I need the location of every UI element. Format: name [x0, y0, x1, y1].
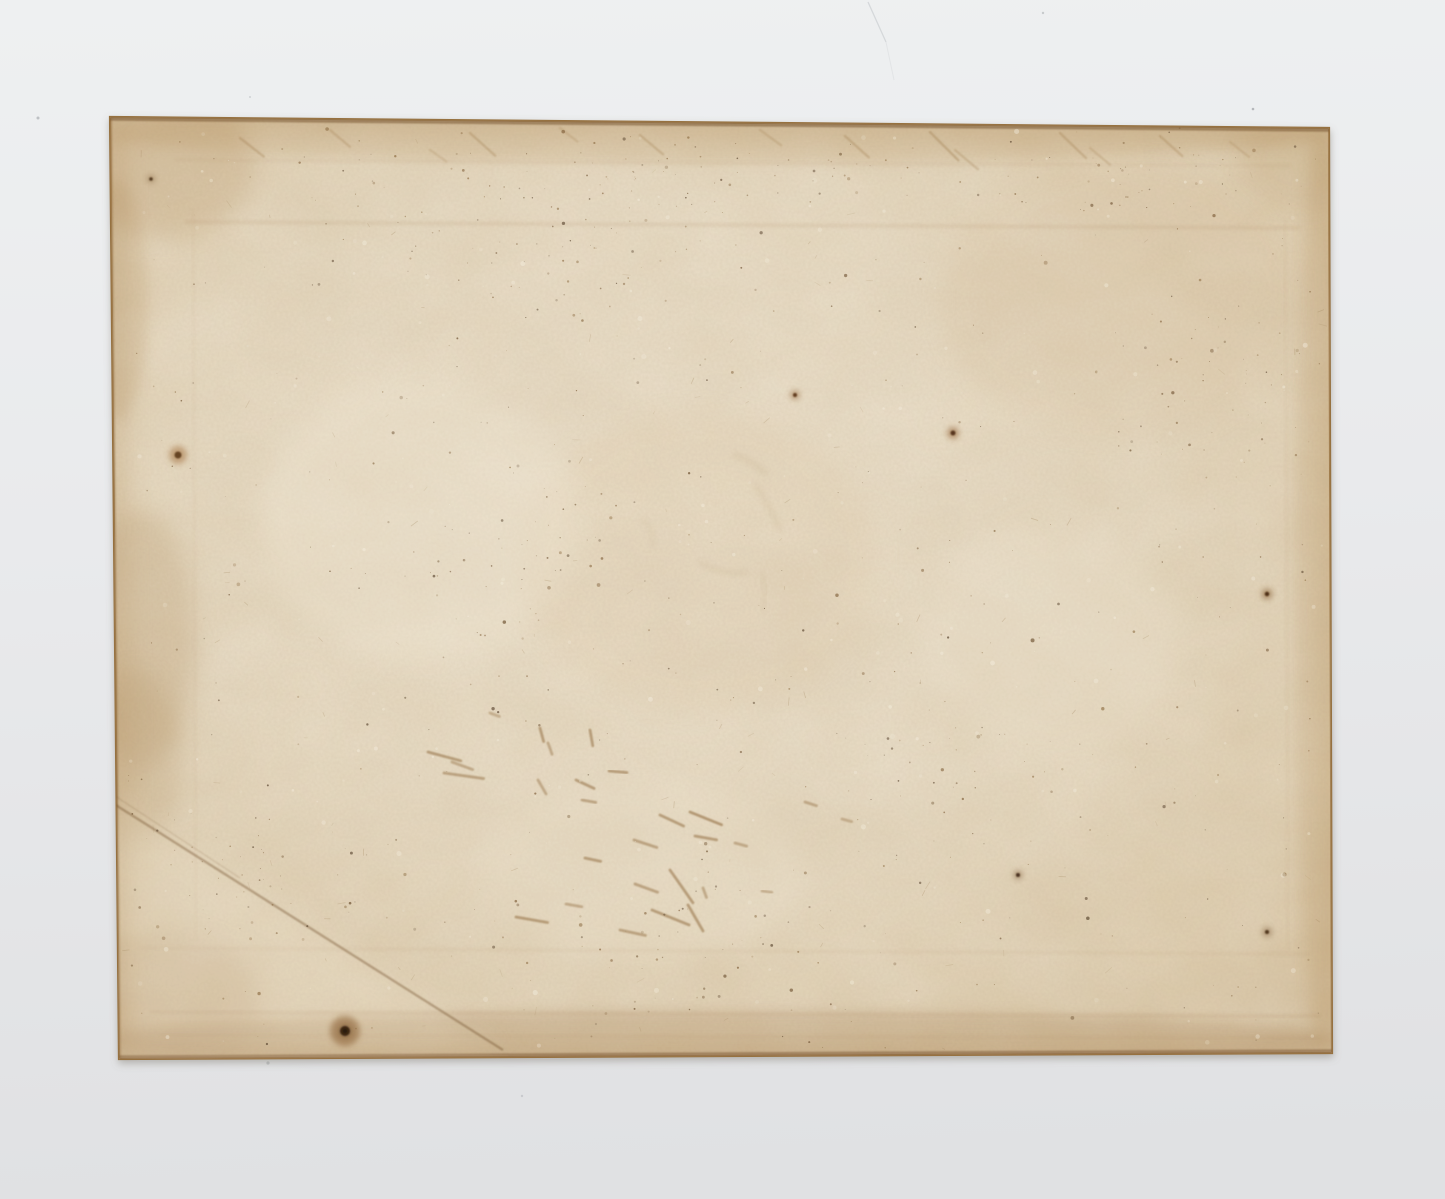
- paper-pore: [316, 801, 318, 803]
- speck: [632, 171, 633, 172]
- speck: [845, 738, 846, 739]
- speck: [629, 220, 630, 221]
- speck: [573, 889, 574, 890]
- speck: [678, 910, 680, 912]
- paper-pore: [511, 281, 515, 285]
- speck: [1027, 744, 1028, 745]
- speck: [711, 542, 712, 543]
- speck: [1282, 245, 1283, 246]
- speck: [572, 314, 575, 317]
- speck: [530, 608, 531, 609]
- speck: [627, 277, 629, 279]
- speck: [595, 248, 596, 249]
- paper-pore: [357, 749, 360, 752]
- speck: [1168, 132, 1170, 134]
- speck: [269, 885, 271, 887]
- speck: [1282, 238, 1283, 239]
- speck: [479, 889, 480, 890]
- paper-pore: [637, 316, 642, 321]
- speck: [559, 537, 560, 538]
- speck: [1182, 449, 1183, 450]
- paper-pore: [888, 705, 892, 709]
- paper-hair: [866, 280, 873, 281]
- speck: [788, 159, 790, 161]
- speck: [975, 787, 976, 788]
- speck: [551, 206, 552, 207]
- paper-pore: [342, 779, 344, 781]
- paper-pore: [1097, 371, 1099, 373]
- speck: [449, 345, 450, 346]
- paper-pore: [497, 739, 500, 742]
- speck: [162, 936, 166, 940]
- speck: [243, 891, 244, 892]
- paper-pore: [883, 599, 886, 602]
- speck: [1181, 358, 1182, 359]
- speck: [706, 850, 708, 852]
- speck: [970, 595, 972, 597]
- speck: [1195, 795, 1196, 796]
- paper-pore: [876, 651, 880, 655]
- paper-pore: [854, 771, 857, 774]
- speck: [538, 724, 540, 726]
- speck: [552, 226, 554, 228]
- paper-pore: [537, 1044, 541, 1048]
- speck: [836, 733, 837, 734]
- speck: [1205, 477, 1207, 479]
- speck: [1128, 174, 1129, 175]
- speck: [134, 889, 137, 892]
- paper-pore: [501, 577, 505, 581]
- speck: [907, 167, 909, 169]
- speck: [370, 154, 371, 155]
- speck: [222, 998, 224, 1000]
- speck: [697, 764, 698, 765]
- speck: [1289, 203, 1290, 204]
- speck: [723, 975, 726, 978]
- paper-pore: [1321, 545, 1323, 547]
- speck: [788, 921, 790, 923]
- speck: [634, 1008, 636, 1010]
- speck: [138, 906, 141, 909]
- speck: [634, 1001, 636, 1003]
- speck: [1203, 374, 1204, 375]
- paper-pore: [372, 692, 375, 695]
- speck: [631, 191, 632, 192]
- speck: [1184, 1007, 1185, 1008]
- speck: [523, 1009, 524, 1010]
- speck: [257, 1036, 258, 1037]
- speck: [491, 262, 492, 263]
- speck: [644, 219, 647, 222]
- paper-pore: [164, 890, 166, 892]
- speck: [1266, 649, 1269, 652]
- speck: [272, 904, 274, 906]
- paper-pore: [1178, 546, 1181, 549]
- speck: [430, 572, 431, 573]
- speck: [1146, 207, 1147, 208]
- paper-pore: [1104, 283, 1108, 287]
- speck: [644, 912, 647, 915]
- speck: [1050, 741, 1051, 742]
- speck: [481, 422, 482, 423]
- speck: [1168, 406, 1170, 408]
- speck: [956, 782, 958, 784]
- speck: [706, 379, 708, 381]
- speck: [501, 548, 502, 549]
- speck: [411, 251, 412, 252]
- speck: [885, 380, 886, 381]
- speck: [263, 1024, 264, 1025]
- speck: [994, 984, 995, 985]
- paper-pore: [648, 697, 653, 702]
- speck: [958, 421, 960, 423]
- speck: [568, 460, 571, 463]
- speck: [586, 175, 588, 177]
- speck: [281, 148, 283, 150]
- speck: [636, 381, 639, 384]
- speck: [658, 160, 659, 161]
- speck: [648, 629, 650, 631]
- paper-pore: [195, 226, 199, 230]
- speck: [544, 188, 545, 189]
- speck: [528, 388, 529, 389]
- speck: [567, 815, 570, 818]
- speck: [373, 182, 376, 185]
- speck: [342, 170, 344, 172]
- speck: [1065, 867, 1066, 868]
- speck: [790, 988, 793, 991]
- speck: [687, 909, 688, 910]
- speck: [695, 890, 697, 892]
- paper-pore: [830, 639, 833, 642]
- speck: [990, 642, 991, 643]
- background-speck: [37, 117, 40, 120]
- paper-pore: [483, 997, 488, 1002]
- speck: [239, 928, 240, 929]
- speck: [382, 391, 383, 392]
- paper-pore: [758, 686, 763, 691]
- speck: [397, 222, 398, 223]
- speck: [1161, 454, 1162, 455]
- speck: [921, 569, 924, 572]
- speck: [1118, 445, 1119, 446]
- speck: [156, 829, 158, 831]
- speck: [1160, 320, 1162, 322]
- paper-pore: [1205, 1040, 1210, 1045]
- speck: [1205, 829, 1206, 830]
- speck: [576, 390, 577, 391]
- speck: [1014, 193, 1016, 195]
- speck: [403, 873, 406, 876]
- speck: [1176, 706, 1178, 708]
- paper-pore: [1213, 348, 1217, 352]
- paper-pore: [914, 363, 916, 365]
- paper-pore: [164, 947, 169, 952]
- speck: [900, 796, 901, 797]
- paper-pore: [558, 785, 561, 788]
- paper-pore: [1189, 251, 1190, 252]
- speck: [190, 468, 191, 469]
- speck: [1138, 192, 1139, 193]
- speck: [492, 297, 494, 299]
- speck: [1294, 145, 1296, 147]
- speck: [685, 226, 687, 228]
- speck: [358, 140, 359, 141]
- paper-pore: [390, 215, 394, 219]
- paper-pore: [435, 747, 438, 750]
- speck: [1171, 391, 1174, 394]
- paper-pore: [1041, 790, 1044, 793]
- speck: [1306, 680, 1308, 682]
- speck: [252, 846, 254, 848]
- speck: [395, 839, 397, 841]
- paper-pore: [668, 347, 670, 349]
- speck: [718, 995, 721, 998]
- speck: [878, 310, 880, 312]
- speck: [519, 287, 520, 288]
- speck: [855, 191, 858, 194]
- paper-pore: [818, 228, 822, 232]
- speck: [1208, 317, 1209, 318]
- foxing-spot-core: [951, 431, 956, 436]
- speck: [527, 540, 528, 541]
- speck: [885, 933, 886, 934]
- paper-pore: [442, 394, 445, 397]
- paper-hair: [213, 782, 219, 783]
- speck: [433, 422, 435, 424]
- speck: [1193, 154, 1194, 155]
- speck: [592, 163, 593, 164]
- speck: [1281, 374, 1282, 375]
- speck: [1117, 507, 1119, 509]
- speck: [982, 332, 983, 333]
- speck: [870, 165, 871, 166]
- paper-pore: [809, 205, 812, 208]
- speck: [924, 262, 925, 263]
- speck: [1222, 159, 1223, 160]
- speck: [701, 859, 702, 860]
- paper-pore: [768, 968, 771, 971]
- speck: [1080, 816, 1082, 818]
- speck: [659, 204, 660, 205]
- speck: [1185, 917, 1186, 918]
- speck: [891, 747, 893, 749]
- speck: [1013, 421, 1014, 422]
- speck: [760, 351, 761, 352]
- speck: [791, 1009, 793, 1011]
- paper-pore: [841, 501, 844, 504]
- paper-pore: [1291, 968, 1296, 973]
- paper-pore: [630, 290, 633, 293]
- speck: [714, 182, 715, 183]
- speck: [885, 159, 887, 161]
- paper-pore: [188, 809, 192, 813]
- speck: [575, 504, 577, 506]
- speck: [1248, 449, 1250, 451]
- speck: [365, 573, 366, 574]
- speck: [506, 350, 507, 351]
- speck: [306, 925, 308, 927]
- speck: [788, 688, 790, 690]
- speck: [1298, 947, 1300, 949]
- speck: [914, 326, 916, 328]
- paper-stain: [920, 530, 1180, 750]
- speck: [808, 906, 810, 908]
- speck: [950, 857, 951, 858]
- speck: [1305, 579, 1307, 581]
- speck: [193, 382, 194, 383]
- speck: [1296, 349, 1299, 352]
- speck: [708, 871, 709, 872]
- speck: [559, 551, 562, 554]
- speck: [658, 935, 660, 937]
- speck: [857, 819, 858, 820]
- speck: [405, 576, 406, 577]
- speck: [156, 925, 159, 928]
- paper-pore: [666, 215, 670, 219]
- speck: [1177, 228, 1178, 229]
- speck: [355, 194, 356, 195]
- speck: [1100, 933, 1101, 934]
- speck: [896, 855, 897, 856]
- speck: [484, 196, 485, 197]
- speck: [1309, 718, 1310, 719]
- speck: [751, 956, 753, 958]
- speck: [484, 635, 486, 637]
- paper-pore: [568, 641, 571, 644]
- speck: [622, 663, 623, 664]
- paper-pore: [907, 999, 909, 1001]
- speck: [593, 648, 594, 649]
- speck: [1050, 791, 1053, 794]
- speck: [589, 198, 591, 200]
- speck: [218, 699, 220, 701]
- paper-pore: [1184, 181, 1187, 184]
- speck: [343, 239, 344, 240]
- speck: [1126, 988, 1127, 989]
- speck: [1264, 443, 1265, 444]
- speck: [544, 488, 545, 489]
- paper-pore: [180, 491, 183, 494]
- speck: [228, 594, 229, 595]
- speck: [302, 938, 305, 941]
- speck: [754, 915, 757, 918]
- speck: [858, 851, 859, 852]
- background-speck: [1252, 108, 1255, 111]
- speck: [898, 623, 899, 624]
- speck: [556, 491, 557, 492]
- paper-pore: [382, 708, 385, 711]
- speck: [1140, 425, 1142, 427]
- speck: [1107, 835, 1108, 836]
- paper-pore: [1168, 431, 1172, 435]
- speck: [245, 991, 246, 992]
- speck: [809, 201, 811, 203]
- speck: [832, 176, 833, 177]
- speck: [384, 187, 385, 188]
- speck: [1098, 612, 1099, 613]
- speck: [933, 782, 935, 784]
- paper-pore: [293, 384, 296, 387]
- speck: [599, 948, 601, 950]
- paper-pore: [1034, 651, 1035, 652]
- speck: [919, 172, 920, 173]
- speck: [994, 530, 996, 532]
- speck: [1057, 603, 1060, 606]
- speck: [1000, 938, 1002, 940]
- speck: [1319, 363, 1320, 364]
- speck: [1179, 147, 1180, 148]
- paper-pore: [999, 194, 1001, 196]
- speck: [570, 240, 571, 241]
- paper-pore: [1215, 780, 1219, 784]
- speck: [616, 283, 617, 284]
- paper-pore: [639, 137, 642, 140]
- background-speck: [249, 96, 251, 98]
- speck: [194, 215, 195, 216]
- speck: [1261, 423, 1262, 424]
- speck: [562, 260, 564, 262]
- paper-pore: [402, 457, 404, 459]
- speck: [830, 910, 831, 911]
- speck: [394, 155, 396, 157]
- speck: [547, 272, 549, 274]
- speck: [525, 720, 526, 721]
- speck: [325, 127, 329, 131]
- speck: [311, 197, 312, 198]
- speck: [1295, 427, 1296, 428]
- speck: [597, 583, 601, 587]
- paper-pore: [882, 407, 884, 409]
- speck: [665, 166, 668, 169]
- speck: [585, 486, 586, 487]
- speck: [1308, 441, 1309, 442]
- speck: [580, 152, 581, 153]
- speck: [318, 283, 321, 286]
- speck: [290, 903, 291, 904]
- speck: [864, 925, 866, 927]
- speck: [595, 1023, 597, 1025]
- paper-pore: [479, 248, 483, 252]
- paper-pore: [1255, 1034, 1259, 1038]
- speck: [1157, 441, 1158, 442]
- speck: [387, 521, 389, 523]
- background-speck: [266, 1061, 269, 1064]
- speck: [472, 248, 473, 249]
- paper-pore: [129, 759, 132, 762]
- speck: [715, 885, 717, 887]
- speck: [715, 889, 716, 890]
- speck: [519, 188, 521, 190]
- speck: [585, 219, 587, 221]
- speck: [1010, 141, 1012, 143]
- speck: [797, 951, 799, 953]
- speck: [906, 195, 907, 196]
- paper-pore: [940, 652, 943, 655]
- speck: [634, 177, 635, 178]
- speck: [128, 780, 129, 781]
- speck: [1012, 550, 1013, 551]
- speck: [1083, 210, 1084, 211]
- paper-pore: [1033, 370, 1038, 375]
- speck: [1125, 196, 1127, 198]
- speck: [742, 940, 743, 941]
- speck: [452, 529, 453, 530]
- speck: [233, 563, 236, 566]
- speck: [1218, 326, 1219, 327]
- speck: [740, 890, 741, 891]
- speck: [602, 192, 604, 194]
